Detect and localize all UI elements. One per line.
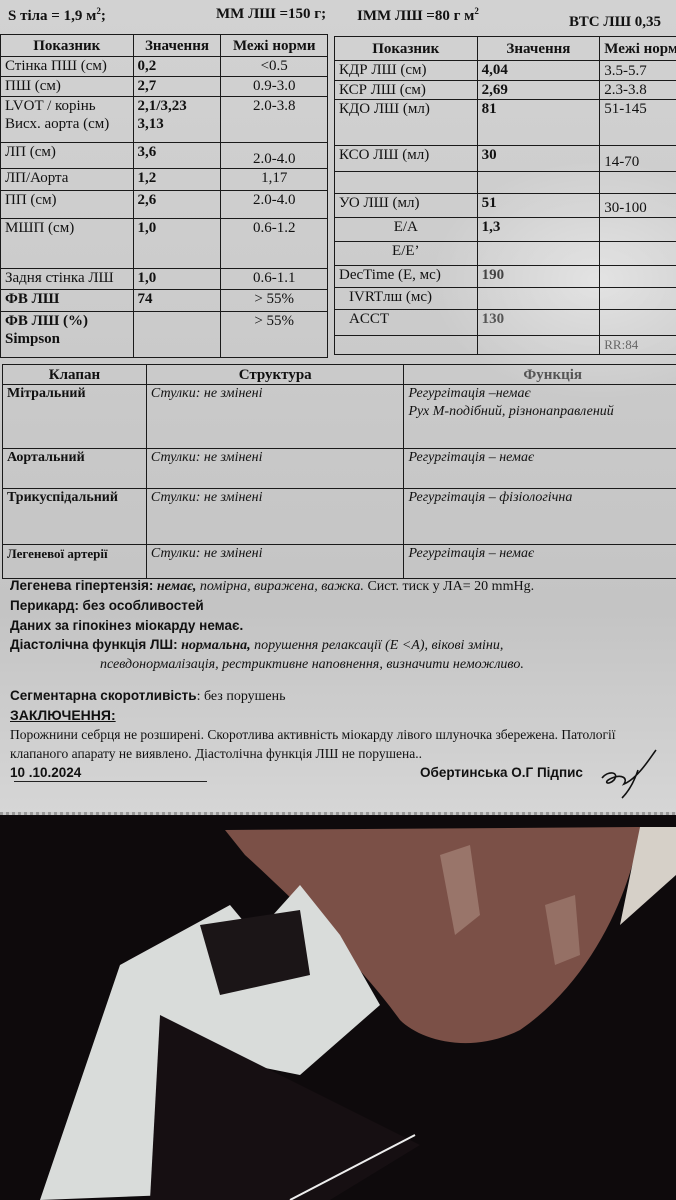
- param-value: 2,1/3,233,13: [133, 97, 221, 143]
- param-norm: [600, 172, 676, 194]
- param-norm: 0.9-3.0: [221, 77, 328, 97]
- param-norm: 30-100: [600, 194, 676, 218]
- param-name: ACCT: [335, 310, 478, 336]
- col-header: Значення: [477, 37, 600, 61]
- table-row: Стінка ПШ (см) 0,2 <0.5: [1, 57, 328, 77]
- col-header: Межі норми: [600, 37, 676, 61]
- param-name: ФВ ЛШ (%)Simpson: [1, 312, 134, 358]
- param-name: ЛП (см): [1, 143, 134, 169]
- table-row: DecTime (E, мс) 190: [335, 266, 676, 288]
- param-name: LVOT / коріньВисх. аорта (см): [1, 97, 134, 143]
- param-value: 1,0: [133, 269, 221, 290]
- valve-function: Регургітація – фізіологічна: [404, 489, 676, 545]
- col-header: Показник: [1, 35, 134, 57]
- conclusion-line: клапаного апарату не виявлено. Діастоліч…: [10, 744, 670, 763]
- param-name: УО ЛШ (мл): [335, 194, 478, 218]
- report-notes: Легенева гіпертензія: немає, помірна, ви…: [10, 576, 670, 783]
- param-name: DecTime (E, мс): [335, 266, 478, 288]
- param-value: 51: [477, 194, 600, 218]
- param-name: [335, 336, 478, 355]
- table-row: ФВ ЛШ (%)Simpson > 55%: [1, 312, 328, 358]
- doctor-name: Обертинська О.Г Підпис: [420, 763, 583, 782]
- heart-rate: RR:84: [600, 336, 676, 355]
- conclusion-line: Порожнини себрця не розширені. Скоротлив…: [10, 725, 670, 744]
- param-norm: [600, 310, 676, 336]
- param-value: 2,7: [133, 77, 221, 97]
- table-row: Легеневої артерії Стулки: не змінені Рег…: [3, 545, 676, 579]
- param-name: IVRTлш (мс): [335, 288, 478, 310]
- param-value: 1,0: [133, 219, 221, 269]
- valve-structure: Стулки: не змінені: [146, 489, 404, 545]
- param-value: 1,3: [477, 218, 600, 242]
- param-norm: 51-145: [600, 100, 676, 146]
- body-surface-area: S тіла = 1,9 м2;: [8, 6, 106, 25]
- param-value: 130: [477, 310, 600, 336]
- segmental-contractility: Сегментарна скоротливість: без порушень: [10, 686, 670, 706]
- param-name: МШП (см): [1, 219, 134, 269]
- table-row: ПП (см) 2,6 2.0-4.0: [1, 191, 328, 219]
- col-header: Функція: [404, 365, 676, 385]
- valve-structure: Стулки: не змінені: [146, 545, 404, 579]
- table-row: КСО ЛШ (мл) 30 14-70: [335, 146, 676, 172]
- param-name: КСР ЛШ (см): [335, 81, 478, 100]
- signature-icon: [598, 748, 660, 800]
- col-header: Значення: [133, 35, 221, 57]
- background-photo: [0, 815, 676, 1200]
- param-value: 81: [477, 100, 600, 146]
- param-value: 3,6: [133, 143, 221, 169]
- table-row: LVOT / коріньВисх. аорта (см) 2,1/3,233,…: [1, 97, 328, 143]
- table-row: КДР ЛШ (см) 4,04 3.5-5.7: [335, 61, 676, 81]
- param-name: Задня стінка ЛШ: [1, 269, 134, 290]
- lv-mass-index: ІММ ЛШ =80 г м2: [357, 6, 479, 25]
- valve-function: Регургітація – немає: [404, 449, 676, 489]
- param-norm: 3.5-5.7: [600, 61, 676, 81]
- param-norm: [600, 218, 676, 242]
- pericardium: Перикард: без особливостей: [10, 596, 670, 616]
- param-norm: [600, 266, 676, 288]
- table-row: ЛП/Аорта 1,2 1,17: [1, 169, 328, 191]
- table-row: E/A 1,3: [335, 218, 676, 242]
- param-value: [133, 312, 221, 358]
- table-row: КДО ЛШ (мл) 81 51-145: [335, 100, 676, 146]
- param-name: E/A: [335, 218, 478, 242]
- table-row: ЛП (см) 3,6 2.0-4.0: [1, 143, 328, 169]
- left-measurements-table: Показник Значення Межі норми Стінка ПШ (…: [0, 34, 328, 358]
- table-row: [335, 172, 676, 194]
- param-value: [477, 288, 600, 310]
- param-norm: [600, 242, 676, 266]
- table-row: Мітральний Стулки: не змінені Регургітац…: [3, 385, 676, 449]
- table-row: IVRTлш (мс): [335, 288, 676, 310]
- param-norm: 0.6-1.2: [221, 219, 328, 269]
- param-name: Стінка ПШ (см): [1, 57, 134, 77]
- param-name: ПШ (см): [1, 77, 134, 97]
- col-header: Структура: [146, 365, 404, 385]
- param-norm: > 55%: [221, 290, 328, 312]
- echo-report-sheet: S тіла = 1,9 м2; ММ ЛШ =150 г; ІММ ЛШ =8…: [0, 0, 676, 815]
- param-value: [477, 336, 600, 355]
- param-norm: 14-70: [600, 146, 676, 172]
- table-row: Задня стінка ЛШ 1,0 0.6-1.1: [1, 269, 328, 290]
- lv-mass: ММ ЛШ =150 г;: [216, 6, 326, 23]
- param-name: ПП (см): [1, 191, 134, 219]
- valve-function: Регургітація – немає: [404, 545, 676, 579]
- param-name: КСО ЛШ (мл): [335, 146, 478, 172]
- param-value: 2,69: [477, 81, 600, 100]
- valve-name: Мітральний: [3, 385, 147, 449]
- param-norm: 2.0-4.0: [221, 143, 328, 169]
- valve-name: Трикуспідальний: [3, 489, 147, 545]
- param-name: КДО ЛШ (мл): [335, 100, 478, 146]
- param-norm: 2.0-3.8: [221, 97, 328, 143]
- param-value: 0,2: [133, 57, 221, 77]
- valve-function: Регургітація –немаєРух М-подібний, різно…: [404, 385, 676, 449]
- param-norm: 1,17: [221, 169, 328, 191]
- param-value: 30: [477, 146, 600, 172]
- table-row: ACCT 130: [335, 310, 676, 336]
- table-row: ПШ (см) 2,7 0.9-3.0: [1, 77, 328, 97]
- diastolic-options: псевдонормалізація, рестриктивне наповне…: [10, 655, 670, 674]
- table-row: Аортальний Стулки: не змінені Регургітац…: [3, 449, 676, 489]
- col-header: Показник: [335, 37, 478, 61]
- param-name: КДР ЛШ (см): [335, 61, 478, 81]
- param-value: 2,6: [133, 191, 221, 219]
- signature-line: [14, 781, 207, 782]
- param-value: 1,2: [133, 169, 221, 191]
- param-norm: <0.5: [221, 57, 328, 77]
- table-row: УО ЛШ (мл) 51 30-100: [335, 194, 676, 218]
- valve-name: Аортальний: [3, 449, 147, 489]
- param-name: ЛП/Аорта: [1, 169, 134, 191]
- table-row: E/E’: [335, 242, 676, 266]
- param-value: [477, 242, 600, 266]
- param-name: [335, 172, 478, 194]
- hypokinesis-note: Даних за гіпокінез міокарду немає.: [10, 616, 670, 635]
- relative-wall-thickness: ВТС ЛШ 0,35: [569, 14, 661, 31]
- report-date: 10 .10.2024: [10, 763, 81, 782]
- table-row: ФВ ЛШ 74 > 55%: [1, 290, 328, 312]
- param-norm: > 55%: [221, 312, 328, 358]
- col-header: Клапан: [3, 365, 147, 385]
- param-norm: [600, 288, 676, 310]
- param-value: 4,04: [477, 61, 600, 81]
- conclusion-title: ЗАКЛЮЧЕННЯ:: [10, 706, 670, 725]
- param-name: ФВ ЛШ: [1, 290, 134, 312]
- col-header: Межі норми: [221, 35, 328, 57]
- table-row: RR:84: [335, 336, 676, 355]
- param-value: 190: [477, 266, 600, 288]
- valve-structure: Стулки: не змінені: [146, 449, 404, 489]
- param-norm: 0.6-1.1: [221, 269, 328, 290]
- param-norm: 2.3-3.8: [600, 81, 676, 100]
- table-row: Трикуспідальний Стулки: не змінені Регур…: [3, 489, 676, 545]
- pulmonary-hypertension: Легенева гіпертензія: немає, помірна, ви…: [10, 576, 670, 596]
- valve-table: Клапан Структура Функція Мітральний Стул…: [2, 364, 676, 579]
- diastolic-function: Діастолічна функція ЛШ: нормальна, поруш…: [10, 635, 670, 655]
- valve-name: Легеневої артерії: [3, 545, 147, 579]
- param-value: [477, 172, 600, 194]
- param-value: 74: [133, 290, 221, 312]
- table-row: МШП (см) 1,0 0.6-1.2: [1, 219, 328, 269]
- valve-structure: Стулки: не змінені: [146, 385, 404, 449]
- right-measurements-table: Показник Значення Межі норми КДР ЛШ (см)…: [334, 36, 676, 355]
- param-name: E/E’: [335, 242, 478, 266]
- table-row: КСР ЛШ (см) 2,69 2.3-3.8: [335, 81, 676, 100]
- param-norm: 2.0-4.0: [221, 191, 328, 219]
